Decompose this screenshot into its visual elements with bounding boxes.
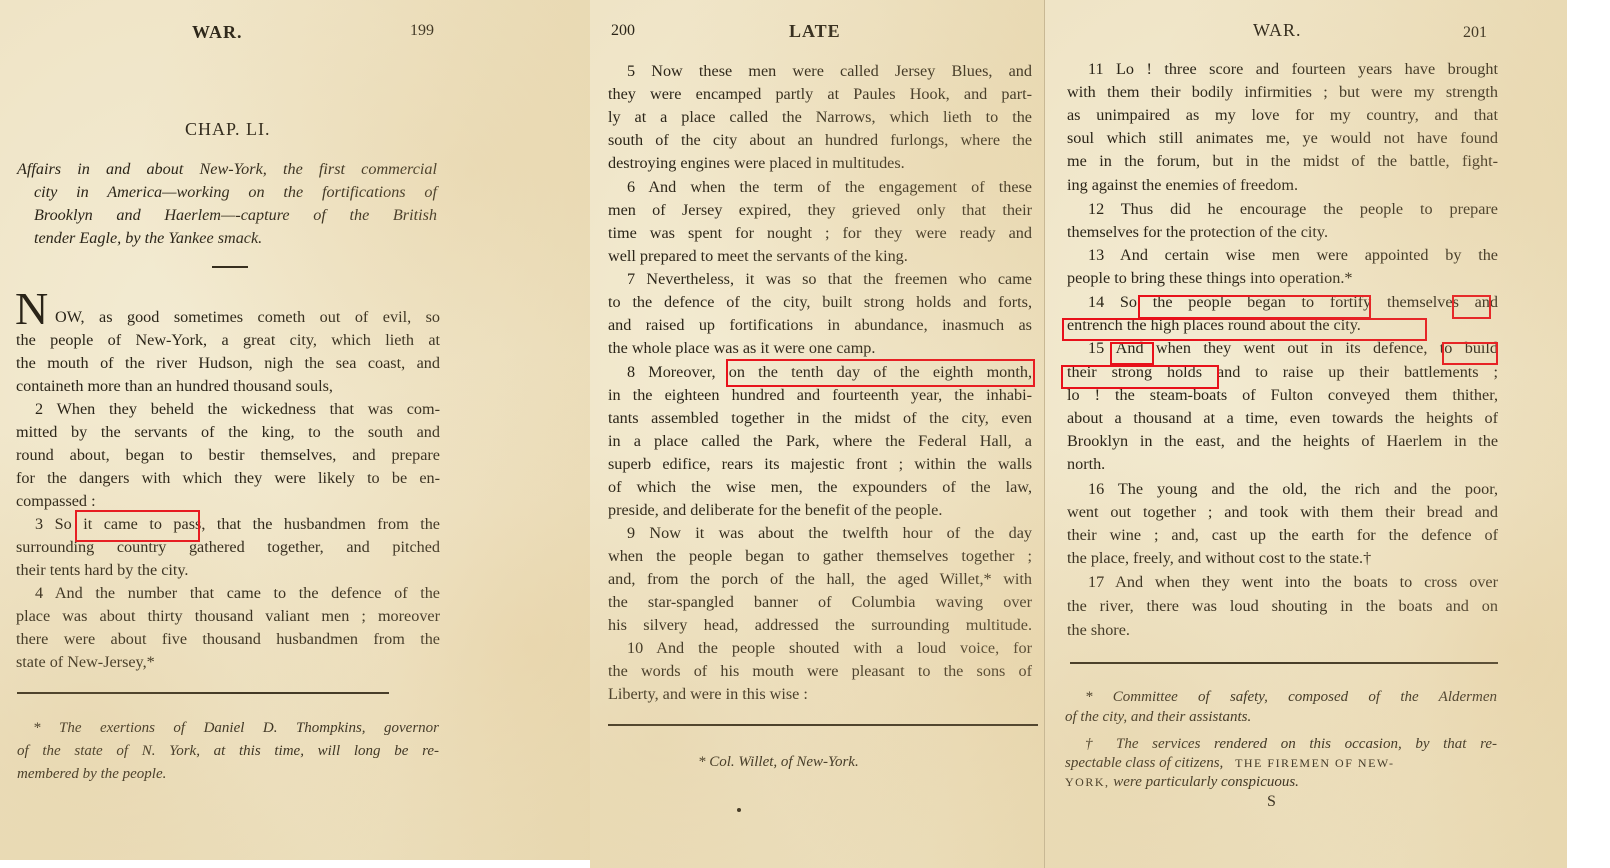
- footnote-line: of the city, and their assistants.: [1065, 706, 1251, 729]
- page-199: WAR. 199 CHAP. LI. Affairs in and about …: [0, 0, 590, 860]
- text-line: Liberty, and were in this wise :: [608, 683, 808, 706]
- text-line: 7 Nevertheless, it was so that the freem…: [627, 268, 1032, 291]
- text-line: people to bring these things into operat…: [1067, 267, 1352, 290]
- text-line: the place, freely, and without cost to t…: [1067, 547, 1371, 570]
- text-line: the river, there was loud shouting in th…: [1067, 595, 1498, 618]
- highlight-box: [1452, 295, 1491, 319]
- chapter-summary-line: tender Eagle, by the Yankee smack.: [34, 227, 262, 250]
- text-line: the whole place was as it were one camp.: [608, 337, 875, 360]
- text-line: about a thousand at a time, even towards…: [1067, 407, 1498, 430]
- signature-mark: S: [1267, 790, 1276, 813]
- text-line: 16 The young and the old, the rich and t…: [1088, 478, 1498, 501]
- text-line: ly at a place called the Narrows, which …: [608, 106, 1032, 129]
- text-line: mitted by the servants of the king, to t…: [16, 421, 440, 444]
- text-line: 13 And certain wise men were appointed b…: [1088, 244, 1498, 267]
- footnote-line: * The exertions of Daniel D. Thompkins, …: [33, 717, 439, 740]
- highlight-box: [75, 510, 200, 542]
- text-line: 6 And when the term of the engagement of…: [627, 176, 1032, 199]
- text-line: 11 Lo ! three score and fourteen years h…: [1088, 58, 1498, 81]
- highlight-box: [1062, 318, 1427, 341]
- running-head: WAR.: [1253, 20, 1302, 41]
- page-number: 201: [1463, 24, 1487, 42]
- text-line: the shore.: [1067, 619, 1130, 642]
- text-line: 17 And when they went into the boats to …: [1088, 571, 1498, 594]
- page-number: 199: [410, 22, 434, 40]
- footnote-divider: [608, 724, 1038, 726]
- text-line: 12 Thus did he encourage the people to p…: [1088, 198, 1498, 221]
- text-line: containeth more than an hundred thousand…: [16, 375, 333, 398]
- text-line: 4 And the number that came to the defenc…: [35, 582, 440, 605]
- highlight-box: [1110, 342, 1154, 365]
- text-line: the mouth of the river Hudson, nigh the …: [16, 352, 440, 375]
- text-line: round about, began to bestir themselves,…: [16, 444, 440, 467]
- highlight-box: [1138, 295, 1371, 319]
- text-line: in a place called the Park, where the Fe…: [608, 430, 1032, 453]
- text-line: themselves for the protection of the cit…: [1067, 221, 1328, 244]
- page-201: WAR. 201 11 Lo ! three score and fourtee…: [1044, 0, 1567, 868]
- text-line: men of Jersey expired, they grieved only…: [608, 199, 1032, 222]
- text-line: to the defence of the city, built strong…: [608, 291, 1032, 314]
- text-line: well prepared to meet the servants of th…: [608, 245, 908, 268]
- text-line: and, from the porch of the hall, the age…: [608, 568, 1032, 591]
- printers-mark: [737, 808, 741, 812]
- chapter-summary-line: Brooklyn and Haerlem—-capture of the Bri…: [34, 204, 437, 227]
- text-line: state of New-Jersey,*: [16, 651, 155, 674]
- divider: [212, 266, 248, 268]
- text-line: as unimpaired as my love for my country,…: [1067, 104, 1498, 127]
- text-line: 10 And the people shouted with a loud vo…: [627, 637, 1032, 660]
- page-200: 200 LATE 5 Now these men were called Jer…: [590, 0, 1044, 868]
- running-head: LATE: [789, 21, 841, 42]
- text-line: his silvery head, addressed the surround…: [608, 614, 1032, 637]
- text-line: with them their bodily infirmities ; but…: [1067, 81, 1498, 104]
- drop-cap: N: [15, 286, 48, 332]
- text-line: their wine ; and, cast up the earth for …: [1067, 524, 1498, 547]
- text-line: time was spent for nought ; for they wer…: [608, 222, 1032, 245]
- chapter-heading: CHAP. LI.: [185, 118, 271, 141]
- footnote-divider: [1070, 662, 1498, 664]
- text-line: ing against the enemies of freedom.: [1067, 174, 1298, 197]
- text-line: for the dangers with which they were lik…: [16, 467, 440, 490]
- text-line: Brooklyn in the east, and the heights of…: [1067, 430, 1498, 453]
- footnote-line: membered by the people.: [17, 763, 166, 786]
- text-line: of which the wise men, the expounders of…: [608, 476, 1032, 499]
- text-line: tants assembled together in the midst of…: [608, 407, 1032, 430]
- highlight-box: [1442, 342, 1498, 365]
- highlight-box: [726, 359, 1035, 387]
- footnote-line: * Col. Willet, of New-York.: [698, 751, 859, 774]
- text-line: superb edifice, rears its majestic front…: [608, 453, 1032, 476]
- chapter-summary-line: city in America—working on the fortifica…: [34, 181, 437, 204]
- chapter-summary-line: Affairs in and about New-York, the first…: [17, 158, 437, 181]
- text-line: north.: [1067, 453, 1105, 476]
- highlight-box: [1061, 365, 1219, 389]
- text-line: and raised up fortifications in abundanc…: [608, 314, 1032, 337]
- text-line: soul which still animates me, ye would n…: [1067, 127, 1498, 150]
- text-line: place was about thirty thousand valiant …: [16, 605, 440, 628]
- text-line: went out together ; and took with them t…: [1067, 501, 1498, 524]
- footnote-line: of the state of N. York, at this time, w…: [17, 740, 439, 763]
- text-line: south of the city about an hundred furlo…: [608, 129, 1032, 152]
- text-line: 5 Now these men were called Jersey Blues…: [627, 60, 1032, 83]
- text-line: when the people began to gather themselv…: [608, 545, 1032, 568]
- text-line: there were about five thousand husbandme…: [16, 628, 440, 651]
- page-number: 200: [611, 22, 635, 40]
- text-line: they were encamped partly at Paules Hook…: [608, 83, 1032, 106]
- text-line: me in the forum, but in the midst of the…: [1067, 150, 1498, 173]
- text-line: destroying engines were placed in multit…: [608, 152, 905, 175]
- text-line: 2 When they beheld the wickedness that w…: [35, 398, 440, 421]
- text-line: their tents hard by the city.: [16, 559, 188, 582]
- text-line: the words of his mouth were pleasant to …: [608, 660, 1032, 683]
- text-line: in the eighteen hundred and fourteenth y…: [608, 384, 1032, 407]
- footnote-divider: [17, 692, 389, 694]
- text-line: OW, as good sometimes cometh out of evil…: [55, 306, 440, 329]
- text-line: preside, and deliberate for the benefit …: [608, 499, 942, 522]
- running-head: WAR.: [192, 22, 243, 43]
- text-line: the people of New-York, a great city, wh…: [16, 329, 440, 352]
- text-line: 9 Now it was about the twelfth hour of t…: [627, 522, 1032, 545]
- footnote-line: YORK, were particularly conspicuous.: [1065, 771, 1299, 794]
- text-line: the star-spangled banner of Columbia wav…: [608, 591, 1032, 614]
